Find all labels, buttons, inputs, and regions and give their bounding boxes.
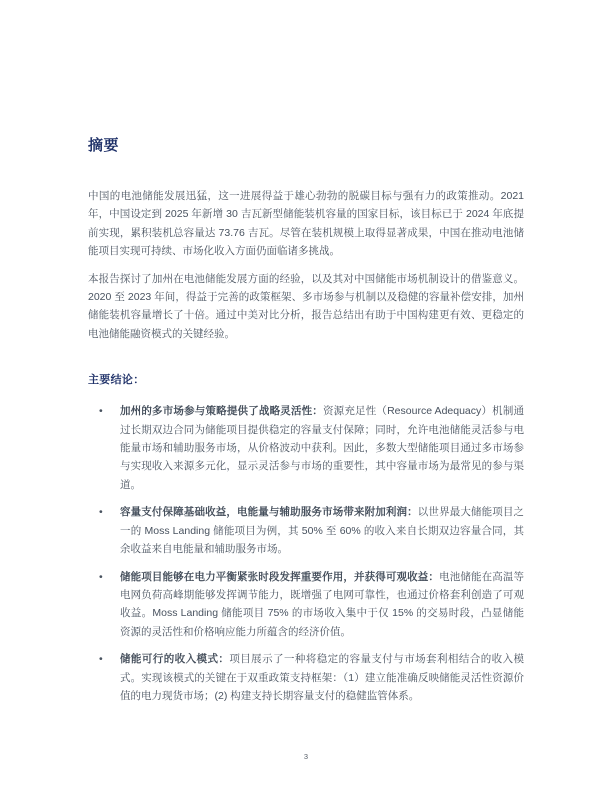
conclusions-list: • 加州的多市场参与策略提供了战略灵活性：资源充足性（Resource Adeq… [88, 402, 524, 705]
list-item: • 容量支付保障基础收益，电能量与辅助服务市场带来附加利润：以世界最大储能项目之… [88, 503, 524, 558]
bullet-text: 加州的多市场参与策略提供了战略灵活性：资源充足性（Resource Adequa… [120, 402, 524, 494]
page-content: 摘要 中国的电池储能发展迅猛，这一进展得益于雄心勃勃的脱碳目标与强有力的政策推动… [0, 0, 612, 705]
list-item: • 储能项目能够在电力平衡紧张时段发挥重要作用，并获得可观收益：电池储能在高温等… [88, 568, 524, 642]
bullet-lead: 加州的多市场参与策略提供了战略灵活性： [120, 405, 323, 417]
intro-paragraph-1: 中国的电池储能发展迅猛，这一进展得益于雄心勃勃的脱碳目标与强有力的政策推动。20… [88, 187, 524, 261]
bullet-text: 储能可行的收入模式：项目展示了一种将稳定的容量支付与市场套利相结合的收入模式。实… [120, 650, 524, 705]
list-item: • 储能可行的收入模式：项目展示了一种将稳定的容量支付与市场套利相结合的收入模式… [88, 650, 524, 705]
page-title: 摘要 [88, 136, 524, 156]
bullet-dot-icon: • [88, 503, 120, 521]
bullet-dot-icon: • [88, 650, 120, 668]
page-number: 3 [304, 752, 308, 761]
bullet-dot-icon: • [88, 568, 120, 586]
intro-paragraph-2: 本报告探讨了加州在电池储能发展方面的经验，以及其对中国储能市场机制设计的借鉴意义… [88, 270, 524, 344]
bullet-lead: 容量支付保障基础收益，电能量与辅助服务市场带来附加利润： [120, 506, 418, 518]
conclusions-heading: 主要结论： [88, 373, 524, 388]
bullet-body: 资源充足性（Resource Adequacy）机制通过长期双边合同为储能项目提… [120, 405, 524, 491]
bullet-text: 容量支付保障基础收益，电能量与辅助服务市场带来附加利润：以世界最大储能项目之一的… [120, 503, 524, 558]
bullet-lead: 储能项目能够在电力平衡紧张时段发挥重要作用，并获得可观收益： [120, 571, 439, 583]
bullet-text: 储能项目能够在电力平衡紧张时段发挥重要作用，并获得可观收益：电池储能在高温等电网… [120, 568, 524, 642]
bullet-dot-icon: • [88, 402, 120, 420]
bullet-lead: 储能可行的收入模式： [120, 653, 229, 665]
list-item: • 加州的多市场参与策略提供了战略灵活性：资源充足性（Resource Adeq… [88, 402, 524, 494]
page-footer: 3 [0, 746, 612, 764]
document-page: 摘要 中国的电池储能发展迅猛，这一进展得益于雄心勃勃的脱碳目标与强有力的政策推动… [0, 0, 612, 792]
